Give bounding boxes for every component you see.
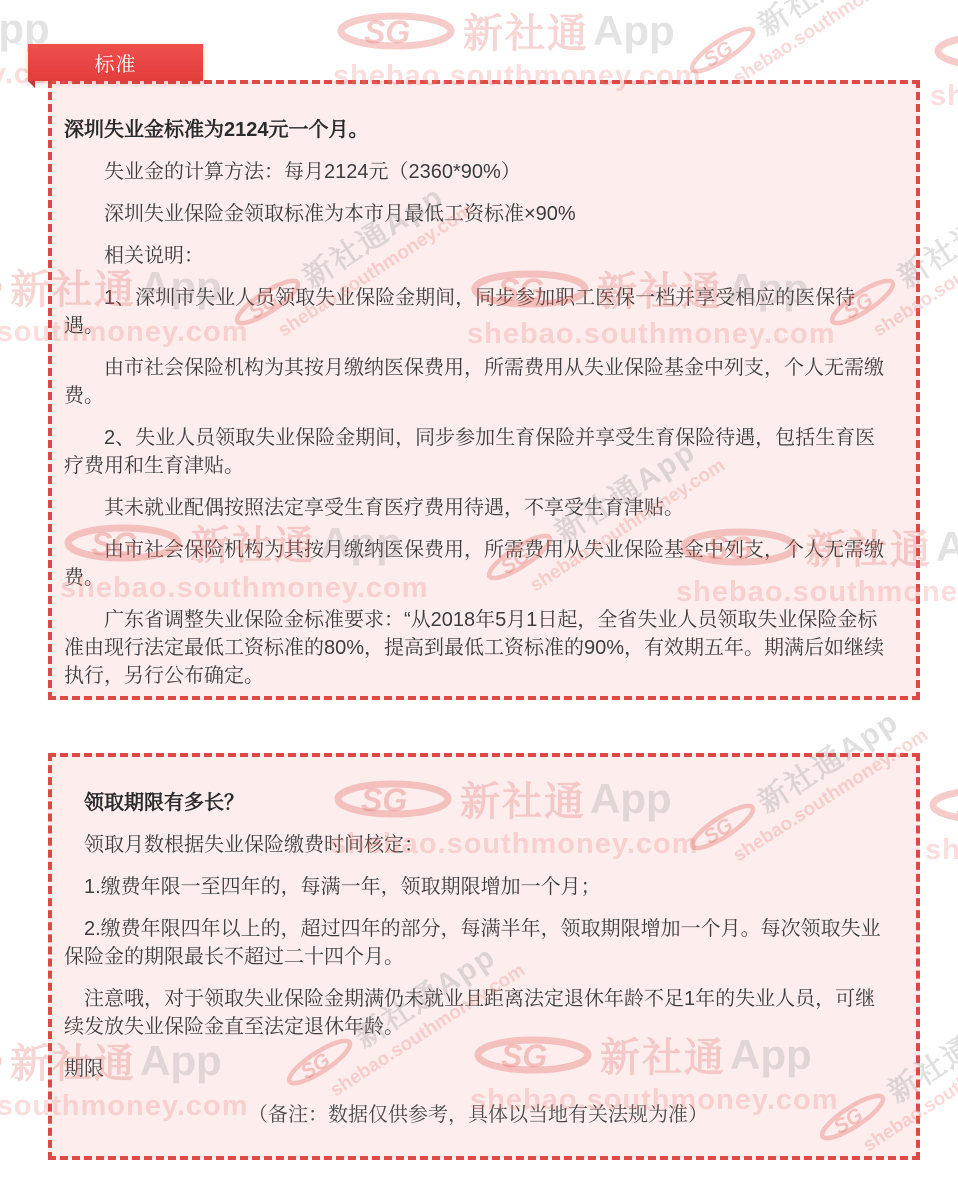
svg-text:SG: SG (700, 36, 738, 72)
paragraph: 广东省调整失业保险金标准要求：“从2018年5月1日起，全省失业人员领取失业保险… (64, 606, 892, 690)
paragraph: 领取月数根据失业保险缴费时间核定： (64, 831, 892, 859)
paragraph: 由市社会保险机构为其按月缴纳医保费用，所需费用从失业保险基金中列支，个人无需缴费… (64, 536, 892, 592)
paragraph: 2、失业人员领取失业保险金期间，同步参加生育保险并享受生育保险待遇，包括生育医疗… (64, 424, 892, 480)
paragraph: 相关说明： (64, 242, 892, 270)
standard-info-box: 深圳失业金标准为2124元一个月。 失业金的计算方法：每月2124元（2360*… (48, 80, 920, 700)
article-page: { "page": { "tag_label": "标准", "watermar… (0, 0, 958, 1196)
box1-title: 深圳失业金标准为2124元一个月。 (64, 116, 892, 144)
brand-logo-icon: SG (0, 1041, 6, 1081)
paragraph: 由市社会保险机构为其按月缴纳医保费用，所需费用从失业保险基金中列支，个人无需缴费… (64, 354, 892, 410)
tail-text: 期限 (64, 1055, 892, 1083)
paragraph: 1.缴费年限一至四年的，每满一年，领取期限增加一个月； (64, 873, 892, 901)
paragraph: 注意哦，对于领取失业保险金期满仍未就业且距离法定退休年龄不足1年的失业人员，可继… (64, 985, 892, 1041)
duration-info-box: 领取期限有多长？ 领取月数根据失业保险缴费时间核定： 1.缴费年限一至四年的，每… (48, 753, 920, 1160)
standard-ribbon: 标准 (28, 44, 203, 81)
brand-logo-icon: SG (930, 31, 958, 71)
paragraph: 失业金的计算方法：每月2124元（2360*90%） (64, 158, 892, 186)
watermark-domain: shebao.southmoney.com (930, 80, 958, 113)
watermark-domain: shebao.southmoney.com (730, 0, 933, 90)
box2-heading: 领取期限有多长？ (64, 789, 892, 817)
paragraph: 1、深圳市失业人员领取失业保险金期间，同步参加职工医保一档并享受相应的医保待遇。 (64, 284, 892, 340)
standard-ribbon-label: 标准 (95, 48, 137, 77)
brand-logo-icon: SG (333, 11, 459, 51)
brand-logo-icon: SG (925, 785, 958, 825)
watermark-brand: SG新社通Appshebao.southmoney.com (930, 22, 958, 113)
watermark-brand: SG新社通Appshebao.southmoney.com (925, 776, 958, 867)
disclaimer-note: （备注：数据仅供参考，具体以当地有关法规为准） (64, 1101, 892, 1129)
brand-logo-icon: SG (0, 267, 6, 307)
paragraph: 其未就业配偶按照法定享受生育医疗费用待遇，不享受生育津贴。 (64, 494, 892, 522)
brand-logo-icon: SG (682, 17, 763, 82)
watermark-domain: shebao.southmoney.com (925, 834, 958, 867)
svg-text:SG: SG (364, 14, 410, 50)
paragraph: 深圳失业保险金领取标准为本市月最低工资标准×90% (64, 200, 892, 228)
paragraph: 2.缴费年限四年以上的，超过四年的部分，每满半年，领取期限增加一个月。每次领取失… (64, 915, 892, 971)
